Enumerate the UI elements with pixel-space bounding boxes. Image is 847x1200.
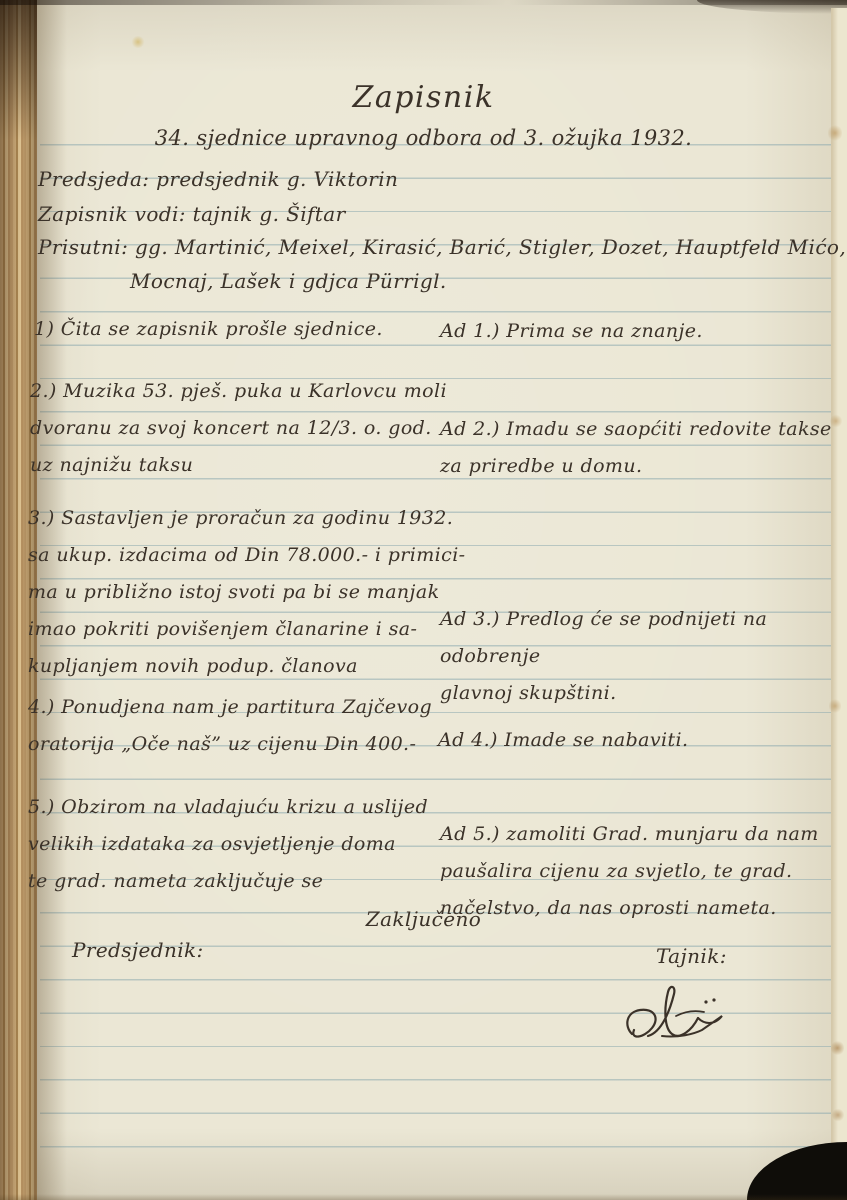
president-signature-label: Predsjednik: <box>72 938 204 962</box>
page-bottom-edge <box>0 1194 847 1200</box>
meeting-subtitle: 34. sjednice upravnog odbora od 3. ožujk… <box>0 126 847 150</box>
minutes-item-1-text: 1) Čita se zapisnik prošle sjednice. <box>34 311 383 348</box>
page-corner-top-right <box>697 0 847 14</box>
paper-stain <box>131 36 145 48</box>
minutes-item-2-response: Ad 2.) Imadu se saopćiti redovite takse … <box>440 411 832 485</box>
secretary-signature-flourish-icon <box>618 972 738 1052</box>
attendees-line-1: Prisutni: gg. Martinić, Meixel, Kirasić,… <box>38 230 846 264</box>
minutes-item-3-text: 3.) Sastavljen je proračun za godinu 193… <box>28 500 466 685</box>
minutes-item-4-text: 4.) Ponudjena nam je partitura Zajčevog … <box>28 689 432 763</box>
chair-line: Predsjeda: predsjednik g. Viktorin <box>38 162 398 196</box>
minutes-item-3-response: Ad 3.) Predlog će se podnijeti na odobre… <box>440 601 847 712</box>
minutes-item-1-response: Ad 1.) Prima se na znanje. <box>440 313 703 350</box>
minutes-page: Zapisnik 34. sjednice upravnog odbora od… <box>0 0 847 1200</box>
page-corner-bottom-right <box>747 1142 847 1200</box>
minutes-item-4-response: Ad 4.) Imade se nabaviti. <box>438 722 688 759</box>
minutes-item-2-text: 2.) Muzika 53. pješ. puka u Karlovcu mol… <box>30 373 447 484</box>
page-title: Zapisnik <box>0 80 847 115</box>
attendees-line-2: Mocnaj, Lašek i gdjca Pürrigl. <box>130 264 447 298</box>
closing-word: Zaključeno <box>0 907 847 931</box>
page-right-edge <box>831 8 847 1188</box>
secretary-signature-label: Tajnik: <box>656 944 727 968</box>
secretary-line: Zapisnik vodi: tajnik g. Šiftar <box>38 197 346 231</box>
minutes-item-5-text: 5.) Obzirom na vladajuću krizu a uslijed… <box>28 789 428 900</box>
